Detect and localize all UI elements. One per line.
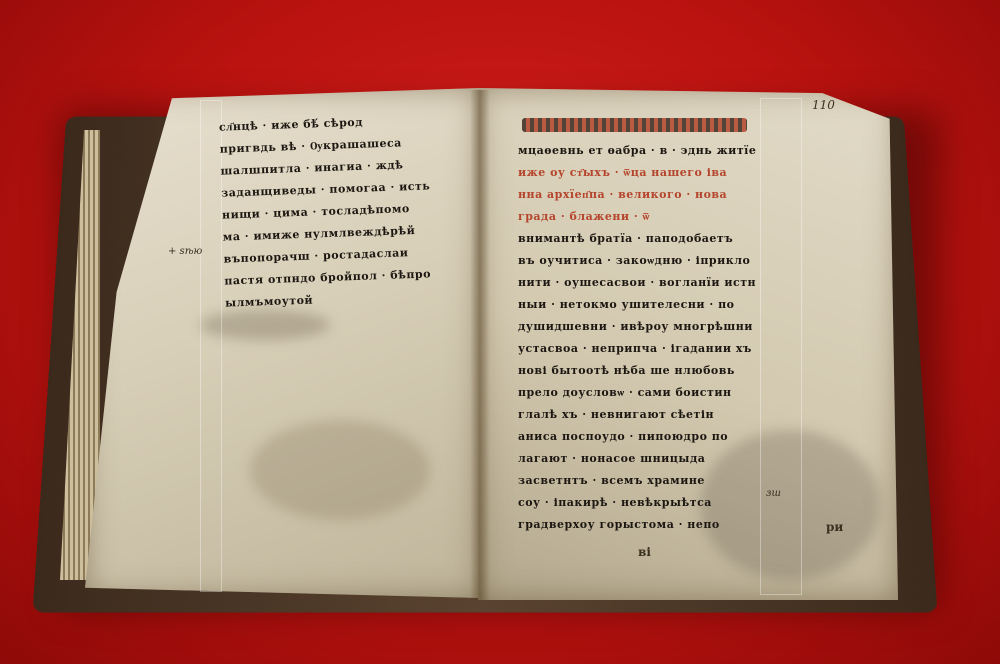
catchword: зш — [766, 488, 781, 499]
photo-scene: сл҃нцѣ · иже бѣ́ сѣрод пригвдь вѣ · Ѹкра… — [0, 0, 1000, 664]
text-line: прело доусловѡ · сами боистин — [518, 382, 756, 404]
headpiece-ornament — [522, 118, 747, 132]
margin-note: + ѕѣю — [168, 246, 202, 257]
left-page-text: сл҃нцѣ · иже бѣ́ сѣрод пригвдь вѣ · Ѹкра… — [219, 109, 435, 314]
rubric-line: града · блажени · ѿ — [518, 206, 756, 228]
text-line: внимантѣ братїа · паподобаетъ — [518, 228, 756, 250]
water-stain — [250, 420, 430, 520]
book-gutter — [470, 90, 490, 600]
text-line: нові бытоотѣ нѣба ше нлюбовь — [518, 360, 756, 382]
text-line: нити · оушесасвои · вогланїи истн — [518, 272, 756, 294]
text-line: лагают · нонасое шницыда — [518, 448, 756, 470]
text-line: засветнтъ · всемъ храмине — [518, 470, 756, 492]
text-line: ныи · нетокмо ушителесни · по — [518, 294, 756, 316]
text-line: душидшевни · ивѣроу многрѣшни — [518, 316, 756, 338]
text-line: соу · іпакирѣ · невѣкрыѣтса — [518, 492, 756, 514]
text-line: въ оучитиса · закоѡдню · іприкло — [518, 250, 756, 272]
title-line: мцаѳевнь ет ѳабра · в · эднь житїе — [518, 140, 756, 162]
rubric-line: иже оу ст҃ыхъ · ѿца нашего іва — [518, 162, 756, 184]
text-line: устасвоа · неприпча · ігадании хъ — [518, 338, 756, 360]
text-line: глалѣ хъ · невнигают сѣетін — [518, 404, 756, 426]
text-line: градверхоу горыстома · непо — [518, 514, 756, 536]
display-mount-right — [760, 98, 802, 595]
signature-mark: ві — [638, 545, 651, 559]
folio-number: 110 — [812, 98, 835, 112]
display-mount-left — [200, 100, 222, 592]
rubric-line: нна архїеп҃па · великого · нова — [518, 184, 756, 206]
text-line: аниса поспоудо · пипоюдро по — [518, 426, 756, 448]
right-page-text: мцаѳевнь ет ѳабра · в · эднь житїе иже о… — [518, 140, 756, 536]
quire-mark: ри — [826, 520, 843, 534]
